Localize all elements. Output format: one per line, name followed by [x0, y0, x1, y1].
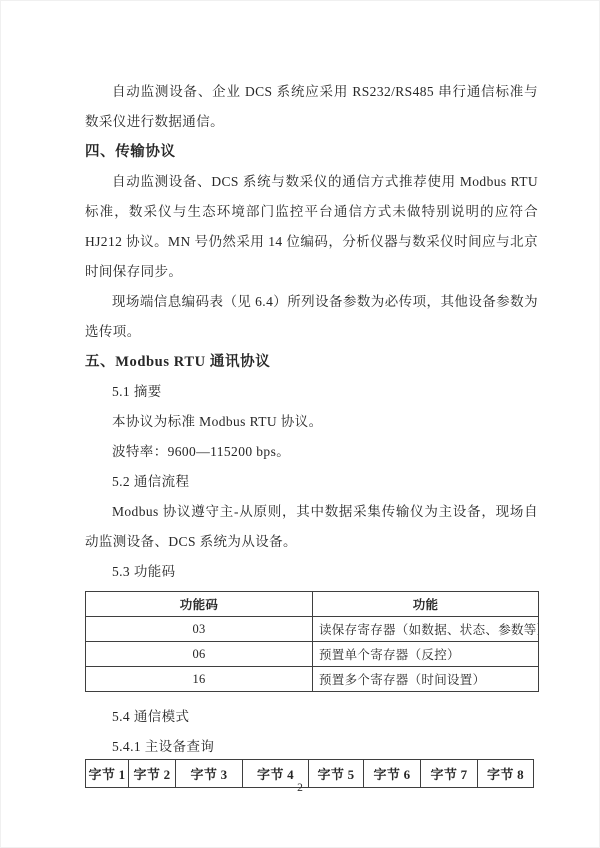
- heading-section-4-transfer-protocol: 四、传输协议: [85, 137, 538, 167]
- section-5-4-1-title: 5.4.1 主设备查询: [85, 732, 538, 762]
- paragraph-master-slave: Modbus 协议遵守主-从原则，其中数据采集传输仪为主设备，现场自动监测设备、…: [85, 497, 538, 557]
- section-5-3-title: 5.3 功能码: [85, 557, 538, 587]
- function-desc-cell: 预置多个寄存器（时间设置）: [313, 667, 539, 692]
- section-5-1-baudrate-line: 波特率：9600—115200 bps。: [85, 437, 538, 467]
- function-code-table: 功能码 功能 03 读保存寄存器（如数据、状态、参数等） 06 预置单个寄存器（…: [85, 591, 539, 692]
- section-5-2-title: 5.2 通信流程: [85, 467, 538, 497]
- function-code-table-header-row: 功能码 功能: [86, 592, 539, 617]
- function-header-cell: 功能: [313, 592, 539, 617]
- document-page: 自动监测设备、企业 DCS 系统应采用 RS232/RS485 串行通信标准与数…: [0, 0, 600, 848]
- function-code-cell: 16: [86, 667, 313, 692]
- heading-section-5-modbus-rtu: 五、Modbus RTU 通讯协议: [85, 347, 538, 377]
- section-5-1-title: 5.1 摘要: [85, 377, 538, 407]
- table-row: 03 读保存寄存器（如数据、状态、参数等）: [86, 617, 539, 642]
- function-code-cell: 03: [86, 617, 313, 642]
- page-content: 自动监测设备、企业 DCS 系统应采用 RS232/RS485 串行通信标准与数…: [85, 77, 538, 788]
- function-desc-cell: 预置单个寄存器（反控）: [313, 642, 539, 667]
- paragraph-field-info-table: 现场端信息编码表（见 6.4）所列设备参数为必传项，其他设备参数为选传项。: [85, 287, 538, 347]
- paragraph-serial-comm: 自动监测设备、企业 DCS 系统应采用 RS232/RS485 串行通信标准与数…: [85, 77, 538, 137]
- section-5-4-title: 5.4 通信模式: [85, 702, 538, 732]
- function-code-cell: 06: [86, 642, 313, 667]
- table-row: 16 预置多个寄存器（时间设置）: [86, 667, 539, 692]
- function-desc-cell: 读保存寄存器（如数据、状态、参数等）: [313, 617, 539, 642]
- function-code-header-cell: 功能码: [86, 592, 313, 617]
- table-row: 06 预置单个寄存器（反控）: [86, 642, 539, 667]
- section-5-1-protocol-line: 本协议为标准 Modbus RTU 协议。: [85, 407, 538, 437]
- page-number: 2: [0, 782, 600, 794]
- paragraph-modbus-recommend: 自动监测设备、DCS 系统与数采仪的通信方式推荐使用 Modbus RTU 标准…: [85, 167, 538, 287]
